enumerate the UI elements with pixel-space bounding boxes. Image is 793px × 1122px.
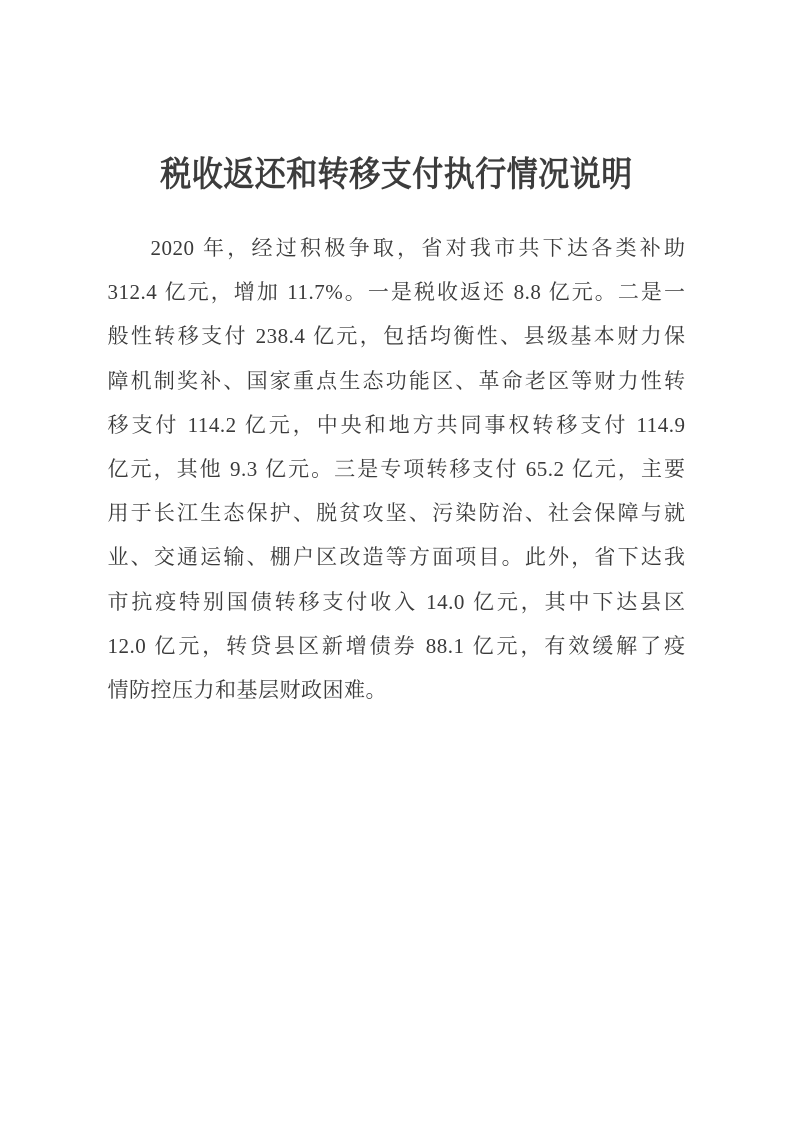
document-title: 税收返还和转移支付执行情况说明: [0, 0, 793, 200]
document-page: 税收返还和转移支付执行情况说明 2020 年，经过积极争取，省对我市共下达各类补…: [0, 0, 793, 1122]
paragraph-line: 12.0 亿元，转贷县区新增债券 88.1 亿元，有效缓解了疫: [108, 624, 686, 668]
paragraph-line: 亿元，其他 9.3 亿元。三是专项转移支付 65.2 亿元，主要: [108, 447, 686, 491]
document-body: 2020 年，经过积极争取，省对我市共下达各类补助 312.4 亿元，增加 11…: [108, 226, 686, 712]
paragraph-line: 市抗疫特别国债转移支付收入 14.0 亿元，其中下达县区: [108, 580, 686, 624]
paragraph-line: 情防控压力和基层财政困难。: [108, 668, 686, 712]
paragraph-line: 移支付 114.2 亿元，中央和地方共同事权转移支付 114.9: [108, 403, 686, 447]
paragraph-line: 2020 年，经过积极争取，省对我市共下达各类补助: [108, 226, 686, 270]
paragraph-line: 312.4 亿元，增加 11.7%。一是税收返还 8.8 亿元。二是一: [108, 270, 686, 314]
paragraph-line: 用于长江生态保护、脱贫攻坚、污染防治、社会保障与就: [108, 491, 686, 535]
paragraph-line: 障机制奖补、国家重点生态功能区、革命老区等财力性转: [108, 359, 686, 403]
paragraph-line: 业、交通运输、棚户区改造等方面项目。此外，省下达我: [108, 535, 686, 579]
paragraph-line: 般性转移支付 238.4 亿元，包括均衡性、县级基本财力保: [108, 314, 686, 358]
